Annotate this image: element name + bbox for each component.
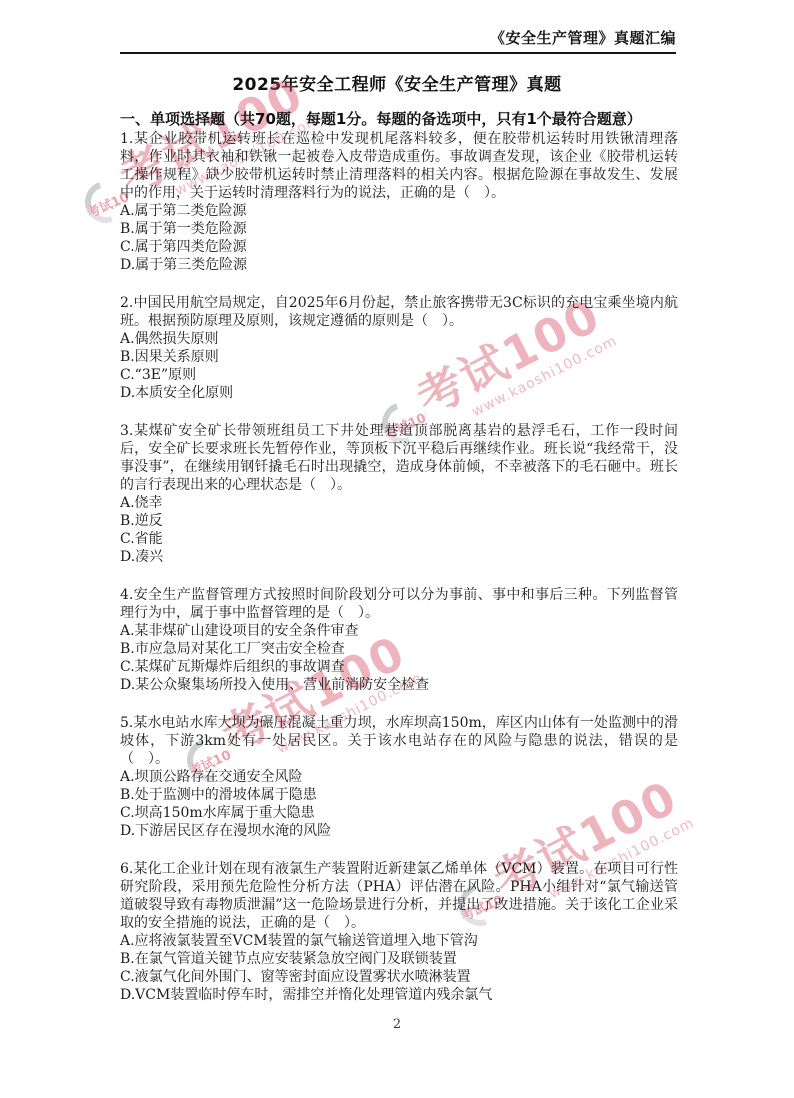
question-option-a: A.偶然损失原则 [120,330,678,348]
question-option-d: D.VCM装置临时停车时，需排空并惰化处理管道内残余氯气 [120,986,678,1004]
question-block-6: 6.某化工企业计划在现有液氯生产装置附近新建氯乙烯单体（VCM）装置。在项目可行… [120,860,678,1004]
question-option-a: A.侥幸 [120,494,678,512]
document-page: 考试100 www.kaoshi100.com 考试100 考试100 www.… [0,0,794,1098]
question-option-a: A.坝顶公路存在交通安全风险 [120,768,678,786]
question-block-3: 3.某煤矿安全矿长带领班组员工下井处理巷道顶部脱离基岩的悬浮毛石，工作一段时间后… [120,422,678,566]
question-option-b: B.属于第一类危险源 [120,220,678,238]
question-option-c: C.液氯气化间外围门、窗等密封面应设置雾状水喷淋装置 [120,968,678,986]
header-compilation-label: 《安全生产管理》真题汇编 [490,29,676,47]
question-option-d: D.本质安全化原则 [120,384,678,402]
page-title: 2025年安全工程师《安全生产管理》真题 [0,70,794,95]
page-header: 《安全生产管理》真题汇编 [120,27,676,54]
question-block-5: 5.某水电站水库大坝为碾压混凝土重力坝，水库坝高150m，库区内山体有一处监测中… [120,714,678,840]
question-stem: 5.某水电站水库大坝为碾压混凝土重力坝，水库坝高150m，库区内山体有一处监测中… [120,714,678,768]
question-block-2: 2.中国民用航空局规定，自2025年6月份起，禁止旅客携带无3C标识的充电宝乘坐… [120,294,678,402]
question-block-4: 4.安全生产监督管理方式按照时间阶段划分可以分为事前、事中和事后三种。下列监督管… [120,586,678,694]
question-option-d: D.凑兴 [120,548,678,566]
question-option-a: A.某非煤矿山建设项目的安全条件审查 [120,622,678,640]
question-option-c: C.“3E”原则 [120,366,678,384]
question-stem: 1.某企业胶带机运转班长在巡检中发现机尾落料较多，便在胶带机运转时用铁锹清理落料… [120,130,678,202]
question-option-b: B.市应急局对某化工厂突击安全检查 [120,640,678,658]
exam-content: 一、单项选择题（共70题，每题1分。每题的备选项中，只有1个最符合题意） 1.某… [120,110,678,1024]
question-option-b: B.逆反 [120,512,678,530]
question-option-d: D.某公众聚集场所投入使用、营业前消防安全检查 [120,676,678,694]
question-option-c: C.某煤矿瓦斯爆炸后组织的事故调查 [120,658,678,676]
question-option-c: C.省能 [120,530,678,548]
page-number: 2 [0,1017,794,1032]
question-option-d: D.属于第三类危险源 [120,256,678,274]
question-stem: 2.中国民用航空局规定，自2025年6月份起，禁止旅客携带无3C标识的充电宝乘坐… [120,294,678,330]
question-option-a: A.应将液氯装置至VCM装置的氯气输送管道埋入地下管沟 [120,932,678,950]
question-option-b: B.处于监测中的滑坡体属于隐患 [120,786,678,804]
question-option-b: B.因果关系原则 [120,348,678,366]
section-heading: 一、单项选择题（共70题，每题1分。每题的备选项中，只有1个最符合题意） [120,110,678,128]
question-option-a: A.属于第二类危险源 [120,202,678,220]
question-stem: 4.安全生产监督管理方式按照时间阶段划分可以分为事前、事中和事后三种。下列监督管… [120,586,678,622]
question-option-b: B.在氯气管道关键节点应安装紧急放空阀门及联锁装置 [120,950,678,968]
question-stem: 3.某煤矿安全矿长带领班组员工下井处理巷道顶部脱离基岩的悬浮毛石，工作一段时间后… [120,422,678,494]
question-option-c: C.坝高150m水库属于重大隐患 [120,804,678,822]
question-block-1: 1.某企业胶带机运转班长在巡检中发现机尾落料较多，便在胶带机运转时用铁锹清理落料… [120,130,678,274]
question-stem: 6.某化工企业计划在现有液氯生产装置附近新建氯乙烯单体（VCM）装置。在项目可行… [120,860,678,932]
question-option-d: D.下游居民区存在漫坝水淹的风险 [120,822,678,840]
question-option-c: C.属于第四类危险源 [120,238,678,256]
